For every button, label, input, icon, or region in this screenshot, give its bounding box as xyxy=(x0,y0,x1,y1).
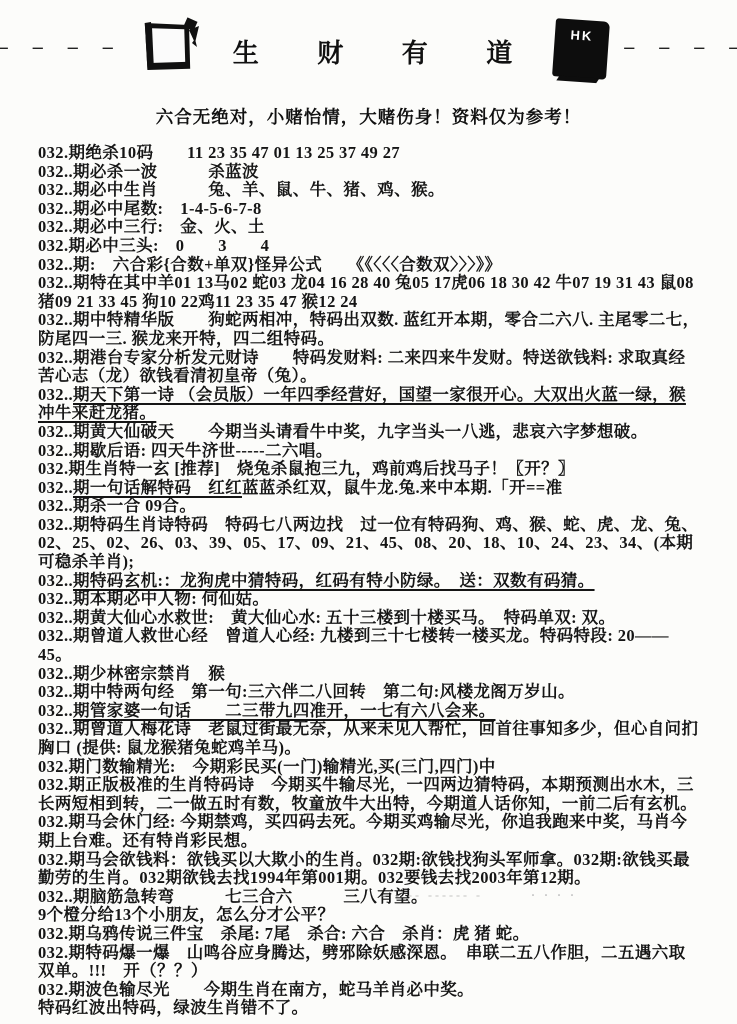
text-segment: 032..期特在其中羊01 13马02 蛇03 龙04 16 28 40 兔05… xyxy=(38,273,694,311)
underlined-text-segment: 期一句话解特码 红红 xyxy=(73,478,242,497)
text-line: 032..期一句话解特码 红红蓝蓝杀红双，鼠牛龙.兔.来中本期.「开==准 xyxy=(38,479,701,498)
text-line: 032..期少林密宗禁肖 猴 xyxy=(38,665,701,684)
text-line: 032..期特在其中羊01 13马02 蛇03 龙04 16 28 40 兔05… xyxy=(38,274,701,311)
underlined-text-segment: 期天下第一诗 （会员版）一年四季经营好，国望一家很开心。大双出火蓝一绿，猴冲牛来… xyxy=(38,385,686,423)
text-line: 032..期港台专家分析发元财诗 特码发财料: 二来四来牛发财。特送欲钱料: 求… xyxy=(38,349,701,386)
text-line: 032.期马会休门经: 今期禁鸡，买四码去死。今期买鸡输尽光，你追我跑来中奖，马… xyxy=(38,813,701,850)
text-line: 032.期波色输尽光 今期生肖在南方，蛇马羊肖必中奖。 xyxy=(38,981,701,1000)
text-segment: 032.. xyxy=(38,385,73,404)
text-segment: 032..期中特精华版 狗蛇两相冲，特码出双数. 蓝红开本期，零合二六八. 主尾… xyxy=(38,310,700,348)
text-line: 032..期特码玄机:：龙狗虎中猜特码，红码有特小防绿。 送：双数有码猜。 xyxy=(38,572,701,591)
text-line: 032.期门数输精光: 今期彩民买(一门)输精光,买(三门,四门)中 xyxy=(38,758,701,777)
text-segment: 032..期中特两句经 第一句:三六伴二八回转 第二句:风楼龙阁万岁山。 xyxy=(38,682,575,701)
text-line: 032..期黄大仙破天 今期当头请看牛中奖，九字当头一八逃，悲哀六字梦想破。 xyxy=(38,423,701,442)
text-line: 032..期脑筋急转弯 七三合六 三八有望。 xyxy=(38,888,701,907)
text-line: 032..期歇后语: 四天牛济世-----二六唱。 xyxy=(38,442,701,461)
text-line: 032..期黄大仙心水救世: 黄大仙心水: 五十三楼到十楼买马。 特码单双: 双… xyxy=(38,609,701,628)
text-segment: 032.期马会休门经: 今期禁鸡，买四码去死。今期买鸡输尽光，你追我跑来中奖，马… xyxy=(38,812,687,850)
hk-book-icon: HK xyxy=(552,18,610,80)
text-line: 032.期生肖特一玄 [推荐] 烧兔杀鼠抱三九，鸡前鸡后找马子！〖开？〗 xyxy=(38,460,701,479)
text-segment: 特码红波出特码，绿波生肖错不了。 xyxy=(38,998,308,1017)
text-segment: 032.期乌鸦传说三件宝 杀尾: 7尾 杀合: 六合 杀肖：虎 猪 蛇。 xyxy=(38,924,530,943)
text-line: 032.期绝杀10码 11 23 35 47 01 13 25 37 49 27 xyxy=(38,144,701,163)
text-segment: 032..期杀一合 09合。 xyxy=(38,496,196,515)
text-segment: 032..期歇后语: 四天牛济世-----二六唱。 xyxy=(38,441,333,460)
text-segment: 032..期: 六合彩{合数+单双}怪异公式 《《〈〈〈合数双〉〉〉》》 xyxy=(38,255,501,274)
text-segment: 032.期马会欲钱料：欲钱买以大欺小的生肖。032期:欲钱找狗头军师拿。032期… xyxy=(38,850,690,888)
text-line: 032..期本期必中人物: 何仙姑。 xyxy=(38,590,701,609)
scan-artifact: - - -- ------ - · · · · xyxy=(382,888,577,903)
text-segment: 032.. xyxy=(38,701,73,720)
text-segment: 032..期必中生肖 兔、羊、鼠、牛、猪、鸡、猴。 xyxy=(38,180,445,199)
text-segment: 032.期波色输尽光 今期生肖在南方，蛇马羊肖必中奖。 xyxy=(38,980,474,999)
tip-sheet-page: – – – – 生 财 有 道 HK – – – – 六合无绝对，小赌怡情，大赌… xyxy=(0,0,737,1024)
text-line: 032..期天下第一诗 （会员版）一年四季经营好，国望一家很开心。大双出火蓝一绿… xyxy=(38,386,701,423)
text-segment: 032..期必中三行: 金、火、土 xyxy=(38,217,265,236)
text-segment: 032..期曾道人梅花诗 老鼠过街最无奈，从来未见人帮忙，回首往事知多少，但心自… xyxy=(38,719,698,757)
text-segment: 032..期特码生肖诗特码 特码七八两边找 过一位有特码狗、鸡、猴、蛇、虎、龙、… xyxy=(38,515,698,571)
text-segment: 032..期曾道人救世心经 曾道人心经: 九楼到三十七楼转一楼买龙。特码特段: … xyxy=(38,626,669,664)
text-segment: 032..期必中尾数: 1-4-5-6-7-8 xyxy=(38,199,262,218)
text-line: 032.期特码爆一爆 山鸣谷应身腾达，劈邪除妖感深恩。 串联二五八作胆，二五遇六… xyxy=(38,944,701,981)
text-line: 032..期必中三行: 金、火、土 xyxy=(38,218,701,237)
text-segment: 032..期脑筋急转弯 七三合六 三八有望。 xyxy=(38,887,428,906)
text-segment: 032..期必杀一波 杀蓝波 xyxy=(38,162,259,181)
text-line: 032.期乌鸦传说三件宝 杀尾: 7尾 杀合: 六合 杀肖：虎 猪 蛇。 xyxy=(38,925,701,944)
text-segment: 032..期港台专家分析发元财诗 特码发财料: 二来四来牛发财。特送欲钱料: 求… xyxy=(38,348,685,386)
text-line: 特码红波出特码，绿波生肖错不了。 xyxy=(38,999,701,1018)
masthead-dashes-left: – – – – xyxy=(0,36,113,59)
text-segment: 032.期绝杀10码 11 23 35 47 01 13 25 37 49 27 xyxy=(38,143,400,162)
text-line: 032..期特码生肖诗特码 特码七八两边找 过一位有特码狗、鸡、猴、蛇、虎、龙、… xyxy=(38,516,701,572)
text-segment: 9个橙分给13个小朋友，怎么分才公平？ xyxy=(38,905,334,924)
text-segment: 032.. xyxy=(38,571,73,590)
text-line: 032.期正版极准的生肖特码诗 今期买牛输尽光，一四两边猜特码，本期预测出水木，… xyxy=(38,776,701,813)
text-segment: 032..期黄大仙破天 今期当头请看牛中奖，九字当头一八逃，悲哀六字梦想破。 xyxy=(38,422,648,441)
masthead-dashes-right: – – – – xyxy=(624,36,737,59)
text-line: 9个橙分给13个小朋友，怎么分才公平？ xyxy=(38,906,701,925)
text-line: 032..期管家婆一句话 二三带九四准开，一七有六八会来。 xyxy=(38,702,701,721)
text-line: 032..期: 六合彩{合数+单双}怪异公式 《《〈〈〈合数双〉〉〉》》 xyxy=(38,256,701,275)
text-segment: 032.期特码爆一爆 山鸣谷应身腾达，劈邪除妖感深恩。 串联二五八作胆，二五遇六… xyxy=(38,943,686,981)
text-segment: 032..期少林密宗禁肖 猴 xyxy=(38,664,225,683)
text-line: 032..期曾道人救世心经 曾道人心经: 九楼到三十七楼转一楼买龙。特码特段: … xyxy=(38,627,701,664)
text-segment: 032..期本期必中人物: 何仙姑。 xyxy=(38,589,269,608)
text-segment: 032.. xyxy=(38,478,73,497)
document-lines: 032.期绝杀10码 11 23 35 47 01 13 25 37 49 27… xyxy=(38,144,701,1018)
text-segment: 032.期正版极准的生肖特码诗 今期买牛输尽光，一四两边猜特码，本期预测出水木，… xyxy=(38,775,697,813)
page-title: 生 财 有 道 xyxy=(223,33,539,70)
text-line: 032..期杀一合 09合。 xyxy=(38,497,701,516)
text-line: 032..期必杀一波 杀蓝波 xyxy=(38,163,701,182)
text-line: 032..期中特精华版 狗蛇两相冲，特码出双数. 蓝红开本期，零合二六八. 主尾… xyxy=(38,311,701,348)
book-pen-icon xyxy=(129,17,207,81)
text-segment: 蓝蓝杀红双，鼠牛龙.兔.来中本期.「开==准 xyxy=(242,478,562,497)
text-segment: 032.期必中三头: 0 3 4 xyxy=(38,236,269,255)
disclaimer-text: 六合无绝对，小赌怡情，大赌伤身！资料仅为参考！ xyxy=(0,104,737,129)
text-segment: 032.期门数输精光: 今期彩民买(一门)输精光,买(三门,四门)中 xyxy=(38,757,496,776)
masthead: – – – – 生 财 有 道 HK – – – – xyxy=(0,0,737,82)
text-line: 032.期必中三头: 0 3 4 xyxy=(38,237,701,256)
hk-book-label: HK xyxy=(570,27,594,44)
text-line: 032.期马会欲钱料：欲钱买以大欺小的生肖。032期:欲钱找狗头军师拿。032期… xyxy=(38,851,701,888)
underlined-text-segment: 期特码玄机:：龙狗虎中猜特码，红码有特小防绿。 送：双数有码猜。 xyxy=(73,571,595,590)
text-line: 032..期中特两句经 第一句:三六伴二八回转 第二句:风楼龙阁万岁山。 xyxy=(38,683,701,702)
text-segment: 032.期生肖特一玄 [推荐] 烧兔杀鼠抱三九，鸡前鸡后找马子！〖开？〗 xyxy=(38,459,575,478)
text-line: 032..期必中生肖 兔、羊、鼠、牛、猪、鸡、猴。 xyxy=(38,181,701,200)
text-line: 032..期必中尾数: 1-4-5-6-7-8 xyxy=(38,200,701,219)
text-line: 032..期曾道人梅花诗 老鼠过街最无奈，从来未见人帮忙，回首往事知多少，但心自… xyxy=(38,720,701,757)
text-segment: 032..期黄大仙心水救世: 黄大仙心水: 五十三楼到十楼买马。 特码单双: 双… xyxy=(38,608,615,627)
underlined-text-segment: 期管家婆一句话 二三带九四准开，一七有六八会来。 xyxy=(73,701,496,720)
